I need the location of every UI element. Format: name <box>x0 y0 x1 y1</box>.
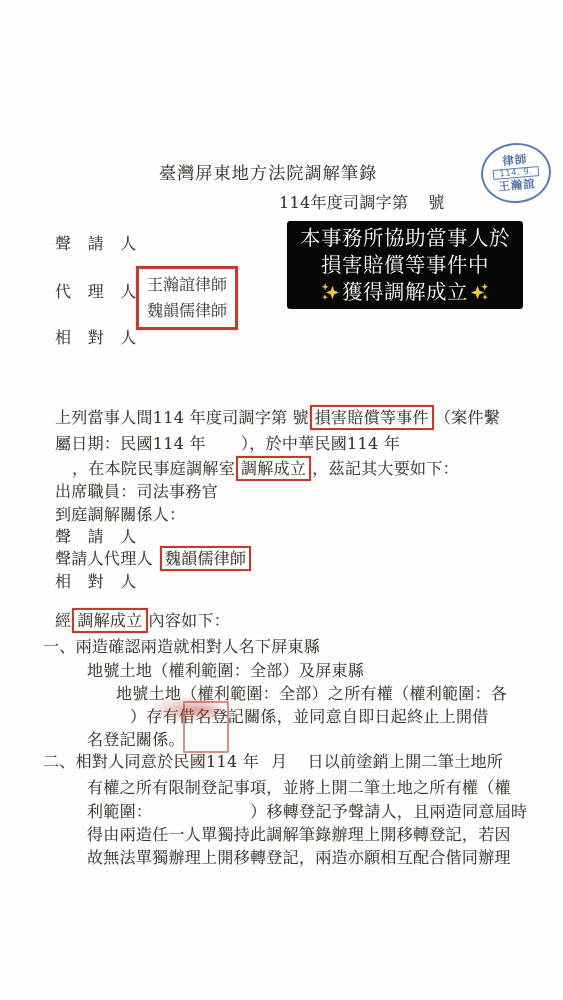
body-item1-line5: 名登記關係。 <box>87 729 185 750</box>
text-segment: 內容如下： <box>149 611 231 630</box>
body-respondent-label: 相 對 人 <box>55 571 137 592</box>
stamp-name-text: 王瀚誼 <box>498 178 536 193</box>
case-number-suffix: 號 <box>428 193 444 212</box>
sparkle-icon <box>469 282 490 303</box>
spacer <box>152 816 250 817</box>
promo-line-1: 本事務所協助當事人於 <box>300 225 510 252</box>
body-case-line: 上列當事人間114 年度司調字第號損害賠償等事件（案件繫 <box>55 407 500 428</box>
respondent-label: 相 對 人 <box>55 327 137 348</box>
spacer <box>287 766 307 767</box>
highlight-agent-name: 魏韻儒律師 <box>160 546 252 571</box>
body-item1-line1: 一、兩造確認兩造就相對人名下屏東縣 <box>43 636 320 657</box>
promo-line-2: 損害賠償等事件中 <box>321 252 489 279</box>
body-item2-line1: 二、相對人同意於民國114 年月日以前塗銷上開二筆土地所 <box>43 751 503 772</box>
body-item2-line2: 有權之所有限制登記事項，並將上開二筆土地之所有權（權 <box>87 777 511 798</box>
highlight-mediation-success: 調解成立 <box>72 608 147 633</box>
spacer <box>206 448 241 449</box>
body-staff-line: 出席職員：司法事務官 <box>55 481 218 502</box>
body-item1-line2: 地號土地（權利範圍：全部）及屏東縣 <box>87 660 364 681</box>
body-room-line: ，在本院民事庭調解室調解成立，茲記其大要如下： <box>72 458 459 479</box>
case-number-line: 114年度司調字第號 <box>279 192 445 213</box>
text-segment: ，在本院民事庭調解室 <box>72 459 235 478</box>
agent-name-1: 王瀚誼律師 <box>147 272 227 298</box>
body-item2-line4: 得由兩造任一人單獨持此調解筆錄辦理上開移轉登記，若因 <box>87 824 511 845</box>
stamp-role-text: 律師 <box>502 153 528 167</box>
text-segment: 利範圍： <box>87 802 152 821</box>
case-number-prefix: 114年度司調字第 <box>279 193 408 212</box>
spacer <box>153 563 159 564</box>
text-segment: 號 <box>292 408 308 427</box>
body-agent-line: 聲請人代理人魏韻儒律師 <box>55 548 252 569</box>
body-outcome-line: 經調解成立內容如下： <box>55 610 230 631</box>
lawyer-seal-stamp: 律師 114. 9. 王瀚誼 <box>479 140 554 206</box>
agent-names-highlight-box: 王瀚誼律師 魏韻儒律師 <box>136 266 238 330</box>
text-segment: 上列當事人間114 年度司調字第 <box>55 408 287 427</box>
body-applicant-label: 聲 請 人 <box>55 526 137 547</box>
highlight-mediation-success: 調解成立 <box>236 456 311 481</box>
agent-label: 代 理 人 <box>55 281 137 302</box>
spacer <box>259 766 271 767</box>
applicant-label: 聲 請 人 <box>55 233 137 254</box>
body-date-line: 屬日期：民國114 年），於中華民國114 年 <box>55 433 400 454</box>
promo-line-3-text: 獲得調解成立 <box>342 279 468 306</box>
text-segment: 屬日期：民國114 年 <box>55 434 206 453</box>
text-segment: 月 <box>271 752 287 771</box>
document-title: 臺灣屏東地方法院調解筆錄 <box>159 164 377 185</box>
body-item2-line3: 利範圍：）移轉登記予聲請人，且兩造同意屆時 <box>87 801 527 822</box>
text-segment: （案件繫 <box>435 408 500 427</box>
text-segment: 聲請人代理人 <box>55 549 153 568</box>
sparkle-icon <box>320 282 341 303</box>
text-segment: ，茲記其大要如下： <box>312 459 459 478</box>
scanned-mediation-record: 臺灣屏東地方法院調解筆錄 114年度司調字第號 律師 114. 9. 王瀚誼 本… <box>0 0 563 1000</box>
body-item2-line5: 故無法單獨辦理上開移轉登記，兩造亦願相互配合偕同辦理 <box>87 847 511 868</box>
promo-line-3: 獲得調解成立 <box>320 279 490 306</box>
highlight-case-type: 損害賠償等事件 <box>310 405 434 430</box>
agent-name-2: 魏韻儒律師 <box>147 298 227 324</box>
text-segment: 經 <box>55 611 71 630</box>
body-attendees-line: 到庭調解關係人： <box>55 504 185 525</box>
text-segment: 日以前塗銷上開二筆土地所 <box>307 752 503 771</box>
spacer <box>408 207 428 208</box>
promo-overlay: 本事務所協助當事人於 損害賠償等事件中 獲得調解成立 <box>287 221 523 309</box>
text-segment: ），於中華民國114 年 <box>241 434 400 453</box>
text-segment: 二、相對人同意於民國114 年 <box>43 752 259 771</box>
faint-red-seal-smudge <box>186 704 222 718</box>
text-segment: ）移轉登記予聲請人，且兩造同意屆時 <box>250 802 527 821</box>
